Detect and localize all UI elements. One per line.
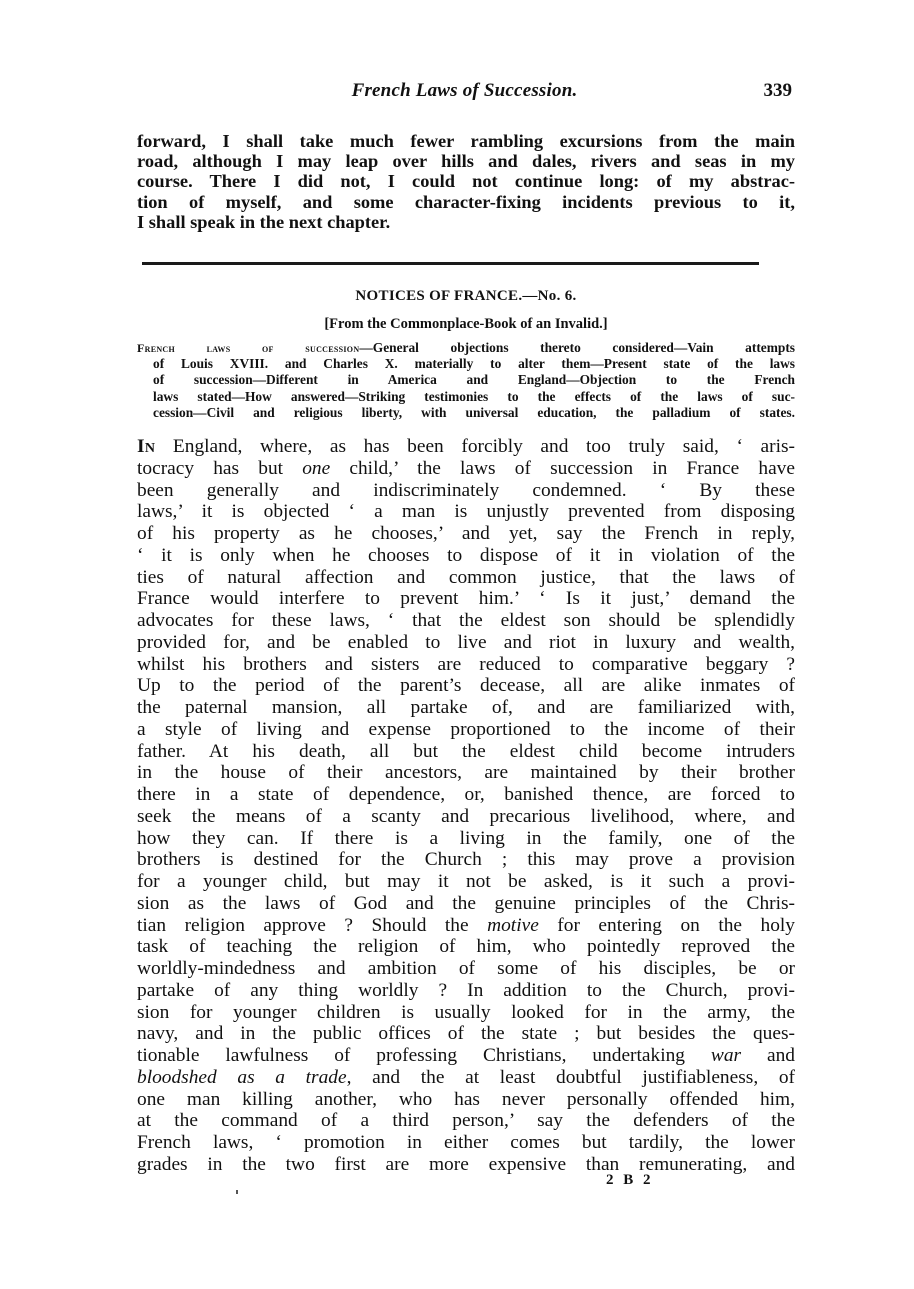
- body-line: sion as the laws of God and the genuine …: [137, 893, 795, 915]
- body-line: one man killing another, who has never p…: [137, 1089, 795, 1111]
- summary-lead: French laws of succession: [137, 341, 359, 355]
- body-line: tian religion approve ? Should the motiv…: [137, 915, 795, 937]
- body-line: France would interfere to prevent him.’ …: [137, 588, 795, 610]
- body-line: advocates for these laws, ‘ that the eld…: [137, 610, 795, 632]
- body-line: brothers is destined for the Church ; th…: [137, 849, 795, 871]
- body-line: at the command of a third person,’ say t…: [137, 1110, 795, 1132]
- body-line: laws,’ it is objected ‘ a man is unjustl…: [137, 501, 795, 523]
- summary-line: of Louis XVIII. and Charles X. materiall…: [137, 356, 795, 372]
- body-line: ‘ it is only when he chooses to dispose …: [137, 545, 795, 567]
- summary-line: cession—Civil and religious liberty, wit…: [137, 405, 795, 421]
- body-line: navy, and in the public offices of the s…: [137, 1023, 795, 1045]
- body-line: worldly-mindedness and ambition of some …: [137, 958, 795, 980]
- paper-speck: [236, 1190, 238, 1194]
- body-line: whilst his brothers and sisters are redu…: [137, 654, 795, 676]
- drop-word: In: [137, 436, 155, 457]
- body-line: bloodshed as a trade, and the at least d…: [137, 1067, 795, 1089]
- running-head: French Laws of Succession. 339: [137, 80, 792, 104]
- section-divider: [142, 262, 759, 265]
- body-line: tocracy has but one child,’ the laws of …: [137, 458, 795, 480]
- body-line: task of teaching the religion of him, wh…: [137, 936, 795, 958]
- body-line: father. At his death, all but the eldest…: [137, 741, 795, 763]
- body-line: sion for younger children is usually loo…: [137, 1002, 795, 1024]
- body-line: In England, where, as has been forcibly …: [137, 436, 795, 458]
- body-line: a style of living and expense proportion…: [137, 719, 795, 741]
- body-line: of his property as he chooses,’ and yet,…: [137, 523, 795, 545]
- text-line: course. There I did not, I could not con…: [137, 171, 795, 191]
- body-line: been generally and indiscriminately cond…: [137, 480, 795, 502]
- page-number: 339: [764, 80, 793, 102]
- summary-line: of succession—Different in America and E…: [137, 372, 795, 388]
- body-line: provided for, and be enabled to live and…: [137, 632, 795, 654]
- text-line: I shall speak in the next chapter.: [137, 212, 795, 232]
- body-line: seek the means of a scanty and precariou…: [137, 806, 795, 828]
- body-line: tionable lawfulness of professing Christ…: [137, 1045, 795, 1067]
- body-line: how they can. If there is a living in th…: [137, 828, 795, 850]
- article-summary: French laws of succession—General object…: [137, 340, 795, 421]
- summary-line: French laws of succession—General object…: [137, 340, 795, 356]
- running-title: French Laws of Succession.: [137, 80, 792, 102]
- body-line: the paternal mansion, all partake of, an…: [137, 697, 795, 719]
- text-line: forward, I shall take much fewer ramblin…: [137, 131, 795, 151]
- article-source: [From the Commonplace-Book of an Invalid…: [137, 316, 795, 333]
- text-line: road, although I may leap over hills and…: [137, 151, 795, 171]
- text-line: tion of myself, and some character-fixin…: [137, 192, 795, 212]
- body-line: in the house of their ancestors, are mai…: [137, 762, 795, 784]
- intro-paragraph: forward, I shall take much fewer ramblin…: [137, 131, 795, 232]
- article-title: NOTICES OF FRANCE.—No. 6.: [137, 288, 795, 305]
- body-line: grades in the two first are more expensi…: [137, 1154, 795, 1176]
- article-body: In England, where, as has been forcibly …: [137, 436, 795, 1176]
- body-line: partake of any thing worldly ? In additi…: [137, 980, 795, 1002]
- body-line: there in a state of dependence, or, bani…: [137, 784, 795, 806]
- book-page: French Laws of Succession. 339 forward, …: [0, 0, 914, 1289]
- body-line: Up to the period of the parent’s decease…: [137, 675, 795, 697]
- printer-signature: 2 B 2: [606, 1172, 654, 1189]
- body-line: ties of natural affection and common jus…: [137, 567, 795, 589]
- summary-line: laws stated—How answered—Striking testim…: [137, 389, 795, 405]
- body-line: French laws, ‘ promotion in either comes…: [137, 1132, 795, 1154]
- body-line: for a younger child, but may it not be a…: [137, 871, 795, 893]
